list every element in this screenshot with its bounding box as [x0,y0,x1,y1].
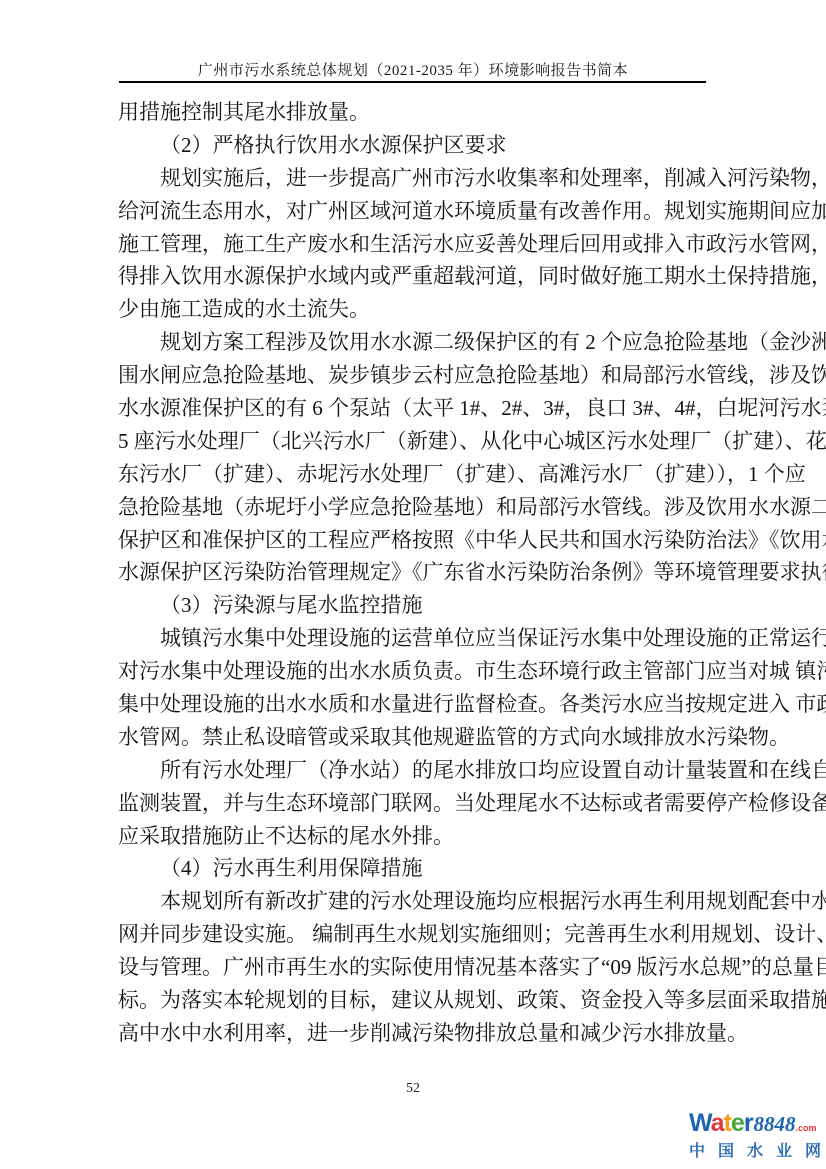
body-line: 5 座污水处理厂（北兴污水厂（新建）、从化中心城区污水处理厂（扩建）、花 [118,425,710,458]
water8848-logo: Water 8848 .com 中国水业网 [689,1111,821,1161]
logo-letter: r [744,1109,753,1137]
body-line: 集中处理设施的出水水质和水量进行监督检查。各类污水应当按规定进入 市政污 [118,688,710,721]
body-line: 对污水集中处理设施的出水水质负责。市生态环境行政主管部门应当对城 镇污水 [118,655,710,688]
body-line: 所有污水处理厂（净水站）的尾水排放口均应设置自动计量装置和在线自动 [118,754,710,787]
logo-tld: .com [796,1124,817,1133]
document-page: 广州市污水系统总体规划（2021-2035 年）环境影响报告书简本 用措施控制其… [0,0,826,1169]
body-line: （2）严格执行饮用水水源保护区要求 [118,129,710,162]
tagline-char: 水 [747,1138,763,1161]
body-line: 少由施工造成的水土流失。 [118,293,710,326]
header-rule [119,81,706,83]
water8848-wordmark: Water 8848 .com [689,1111,821,1136]
body-line: 本规划所有新改扩建的污水处理设施均应根据污水再生利用规划配套中水管 [118,885,710,918]
body-line: 城镇污水集中处理设施的运营单位应当保证污水集中处理设施的正常运行， [118,622,710,655]
body-line: 水水源准保护区的有 6 个泵站（太平 1#、2#、3#，良口 3#、4#，白坭河… [118,392,710,425]
page-number: 52 [0,1081,826,1097]
body-line: 急抢险基地（赤坭圩小学应急抢险基地）和局部污水管线。涉及饮用水水源二级 [118,491,710,524]
logo-letter: t [724,1109,731,1137]
logo-number: 8848 [754,1114,796,1135]
body-line: 东污水厂（扩建）、赤坭污水处理厂（扩建）、高滩污水厂（扩建）），1 个应 [118,458,710,491]
water-letters: Water [689,1111,753,1136]
logo-letter: W [689,1109,711,1137]
body-line: 水源保护区污染防治管理规定》《广东省水污染防治条例》等环境管理要求执行。 [118,556,710,589]
tagline-char: 业 [776,1138,792,1161]
tagline-char: 中 [689,1138,705,1161]
body-line: 监测装置，并与生态环境部门联网。当处理尾水不达标或者需要停产检修设备时， [118,787,710,820]
tagline-char: 网 [805,1138,821,1161]
logo-letter: a [711,1109,724,1137]
logo-tagline: 中国水业网 [689,1138,821,1161]
body-line: 高中水中水利用率，进一步削减污染物排放总量和减少污水排放量。 [118,1017,710,1050]
document-body: 用措施控制其尾水排放量。（2）严格执行饮用水水源保护区要求规划实施后，进一步提高… [118,96,710,1050]
body-line: 用措施控制其尾水排放量。 [118,96,710,129]
body-line: （4）污水再生利用保障措施 [118,852,710,885]
body-line: 规划实施后，进一步提高广州市污水收集率和处理率，削减入河污染物，补 [118,162,710,195]
body-line: 围水闸应急抢险基地、炭步镇步云村应急抢险基地）和局部污水管线，涉及饮用 [118,359,710,392]
body-line: （3）污染源与尾水监控措施 [118,589,710,622]
header-title: 广州市污水系统总体规划（2021-2035 年）环境影响报告书简本 [0,59,826,80]
body-line: 应采取措施防止不达标的尾水外排。 [118,820,710,853]
body-line: 得排入饮用水源保护水域内或严重超载河道，同时做好施工期水土保持措施，减 [118,260,710,293]
body-line: 保护区和准保护区的工程应严格按照《中华人民共和国水污染防治法》《饮用水 [118,524,710,557]
body-line: 设与管理。广州市再生水的实际使用情况基本落实了“09 版污水总规”的总量目 [118,951,710,984]
body-line: 标。为落实本轮规划的目标，建议从规划、政策、资金投入等多层面采取措施提 [118,984,710,1017]
body-line: 给河流生态用水，对广州区域河道水环境质量有改善作用。规划实施期间应加强 [118,195,710,228]
tagline-char: 国 [718,1138,734,1161]
body-line: 网并同步建设实施。 编制再生水规划实施细则；完善再生水利用规划、设计、建 [118,918,710,951]
body-line: 水管网。禁止私设暗管或采取其他规避监管的方式向水域排放水污染物。 [118,721,710,754]
body-line: 施工管理，施工生产废水和生活污水应妥善处理后回用或排入市政污水管网，不 [118,228,710,261]
logo-letter: e [731,1109,744,1137]
body-line: 规划方案工程涉及饮用水水源二级保护区的有 2 个应急抢险基地（金沙洲北 [118,326,710,359]
